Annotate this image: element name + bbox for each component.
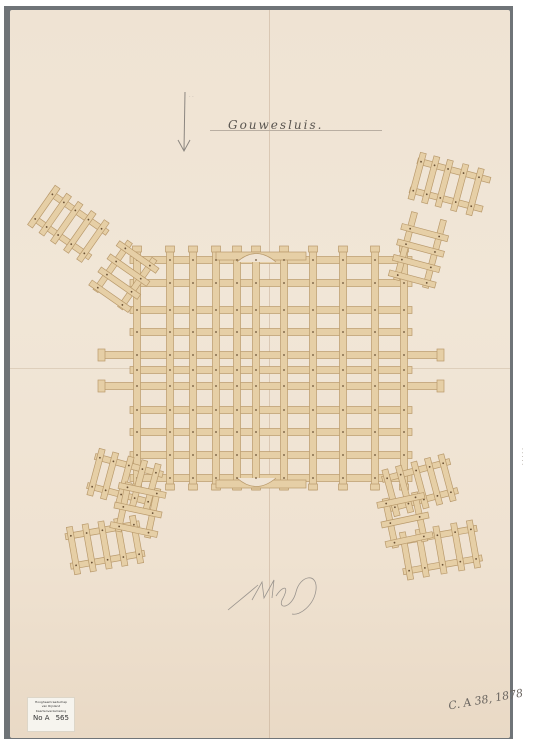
stamp-number-prefix: No A xyxy=(33,714,50,723)
stamp-line-3: Kaartenverzameling xyxy=(28,709,74,713)
margin-pencil-note: · · · · · xyxy=(518,448,525,465)
stamp-number: 565 xyxy=(56,714,69,723)
pencil-signature xyxy=(228,578,316,614)
foundation-grid-plan xyxy=(0,0,550,743)
main-grid xyxy=(98,246,444,490)
stamp-line-2: van Rijnland xyxy=(28,704,74,708)
archive-stamp-label: Hoogheemraadschap van Rijnland Kaartenve… xyxy=(27,697,75,732)
stamp-number-row: No A 565 xyxy=(28,714,74,723)
